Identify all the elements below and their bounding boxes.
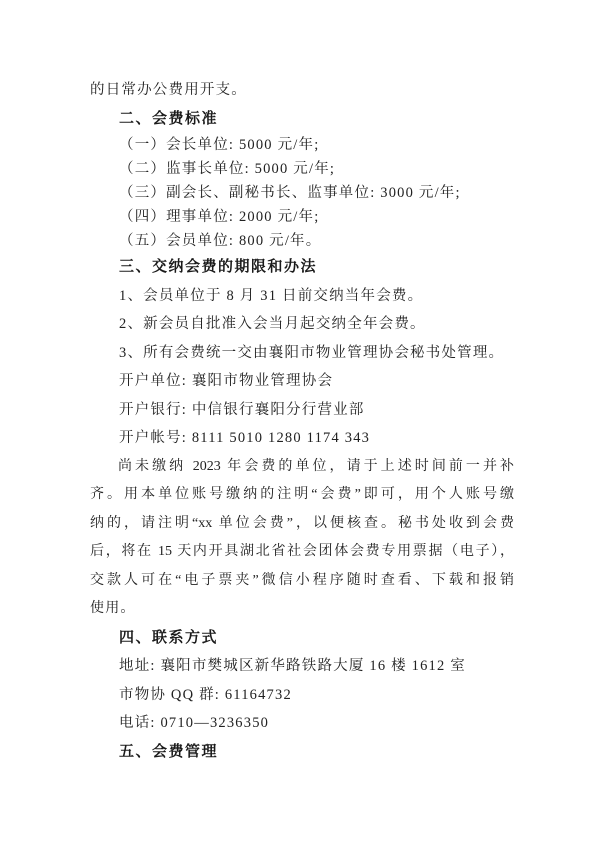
fee-item-vice-president-unit: （三）副会长、副秘书长、监事单位: 3000 元/年; [90, 181, 514, 205]
para-arrears-line-2: 齐。用本单位账号缴纳的注明“会费”即可，用个人账号缴 [90, 481, 514, 510]
para-arrears-line-4: 后，将在 15 天内开具湖北省社会团体会费专用票据（电子）， [90, 538, 514, 567]
fee-item-president-unit: （一）会长单位: 5000 元/年; [90, 133, 514, 157]
heading-fee-standard: 二、会费标准 [90, 105, 514, 134]
para-deadline-current-year: 1、会员单位于 8 月 31 日前交纳当年会费。 [90, 282, 514, 311]
para-unified-management: 3、所有会费统一交由襄阳市物业管理协会秘书处管理。 [90, 339, 514, 368]
line-account-bank: 开户银行: 中信银行襄阳分行营业部 [90, 396, 514, 425]
para-arrears-line-6: 使用。 [90, 595, 514, 624]
heading-fee-management: 五、会费管理 [90, 738, 514, 767]
para-office-expense-continuation: 的日常办公费用开支。 [90, 76, 514, 105]
line-address: 地址: 襄阳市樊城区新华路铁路大厦 16 楼 1612 室 [90, 652, 514, 681]
line-phone: 电话: 0710—3236350 [90, 709, 514, 738]
heading-payment-deadline: 三、交纳会费的期限和办法 [90, 253, 514, 282]
document-page: 的日常办公费用开支。 二、会费标准 （一）会长单位: 5000 元/年; （二）… [0, 0, 600, 848]
para-arrears-line-5: 交款人可在“电子票夹”微信小程序随时查看、下载和报销 [90, 567, 514, 596]
para-arrears-line-1: 尚未缴纳 2023 年会费的单位，请于上述时间前一并补 [90, 453, 514, 482]
line-account-name: 开户单位: 襄阳市物业管理协会 [90, 367, 514, 396]
fee-item-director-unit: （四）理事单位: 2000 元/年; [90, 205, 514, 229]
fee-item-supervisor-chief-unit: （二）监事长单位: 5000 元/年; [90, 157, 514, 181]
para-arrears-line-3: 纳的，请注明“xx 单位会费”，以便核查。秘书处收到会费 [90, 510, 514, 539]
heading-contact-info: 四、联系方式 [90, 624, 514, 653]
fee-item-member-unit: （五）会员单位: 800 元/年。 [90, 229, 514, 253]
line-qq-group: 市物协 QQ 群: 61164732 [90, 681, 514, 710]
line-account-number: 开户帐号: 8111 5010 1280 1174 343 [90, 424, 514, 453]
para-new-member-payment: 2、新会员自批准入会当月起交纳全年会费。 [90, 310, 514, 339]
